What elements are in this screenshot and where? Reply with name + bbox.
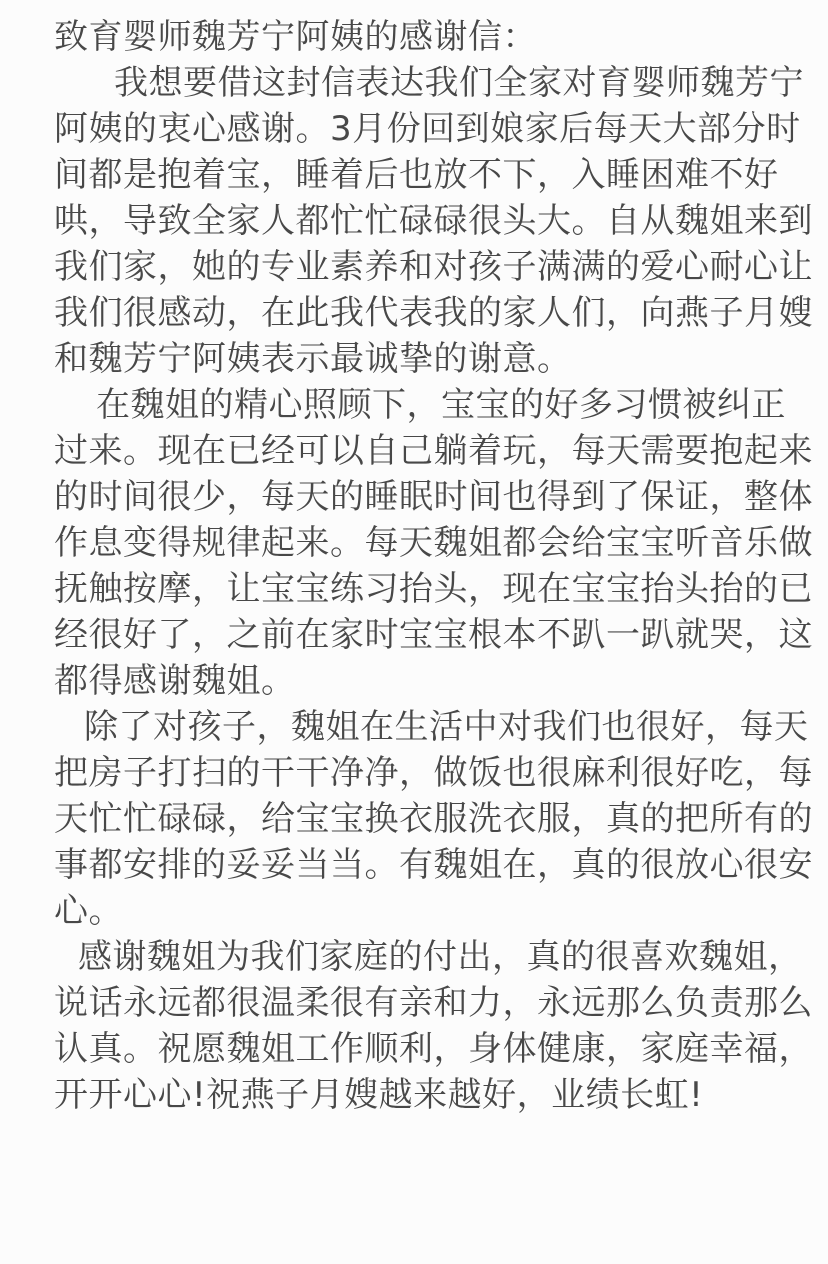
letter-line: 认真。祝愿魏姐工作顺利，身体健康，家庭幸福， (54, 1026, 800, 1072)
letter-line: 和魏芳宁阿姨表示最诚挚的谢意。 (54, 336, 800, 382)
letter-line: 抚触按摩，让宝宝练习抬头，现在宝宝抬头抬的已 (54, 566, 800, 612)
letter-line: 作息变得规律起来。每天魏姐都会给宝宝听音乐做 (54, 520, 800, 566)
letter-line: 开开心心!祝燕子月嫂越来越好，业绩长虹! (54, 1072, 800, 1118)
letter-line: 在魏姐的精心照顾下，宝宝的好多习惯被纠正 (54, 382, 800, 428)
letter-line: 都得感谢魏姐。 (54, 658, 800, 704)
letter-line: 阿姨的衷心感谢。3月份回到娘家后每天大部分时 (54, 106, 800, 152)
letter-line: 天忙忙碌碌，给宝宝换衣服洗衣服，真的把所有的 (54, 796, 800, 842)
letter-document: 致育婴师魏芳宁阿姨的感谢信： 我想要借这封信表达我们全家对育婴师魏芳宁阿姨的衷心… (0, 0, 828, 1264)
letter-line: 感谢魏姐为我们家庭的付出，真的很喜欢魏姐， (54, 934, 800, 980)
letter-line: 的时间很少，每天的睡眠时间也得到了保证，整体 (54, 474, 800, 520)
letter-salutation: 致育婴师魏芳宁阿姨的感谢信： (54, 14, 800, 60)
letter-line: 哄，导致全家人都忙忙碌碌很头大。自从魏姐来到 (54, 198, 800, 244)
letter-line: 事都安排的妥妥当当。有魏姐在，真的很放心很安 (54, 842, 800, 888)
letter-line: 心。 (54, 888, 800, 934)
letter-line: 我想要借这封信表达我们全家对育婴师魏芳宁 (54, 60, 800, 106)
letter-line: 间都是抱着宝，睡着后也放不下，入睡困难不好 (54, 152, 800, 198)
letter-line: 除了对孩子，魏姐在生活中对我们也很好，每天 (54, 704, 800, 750)
letter-paragraphs: 我想要借这封信表达我们全家对育婴师魏芳宁阿姨的衷心感谢。3月份回到娘家后每天大部… (54, 60, 800, 1118)
letter-line: 把房子打扫的干干净净，做饭也很麻利很好吃，每 (54, 750, 800, 796)
letter-line: 我们很感动，在此我代表我的家人们，向燕子月嫂 (54, 290, 800, 336)
letter-line: 经很好了，之前在家时宝宝根本不趴一趴就哭，这 (54, 612, 800, 658)
letter-line: 说话永远都很温柔很有亲和力，永远那么负责那么 (54, 980, 800, 1026)
letter-line: 我们家，她的专业素养和对孩子满满的爱心耐心让 (54, 244, 800, 290)
letter-line: 过来。现在已经可以自己躺着玩，每天需要抱起来 (54, 428, 800, 474)
